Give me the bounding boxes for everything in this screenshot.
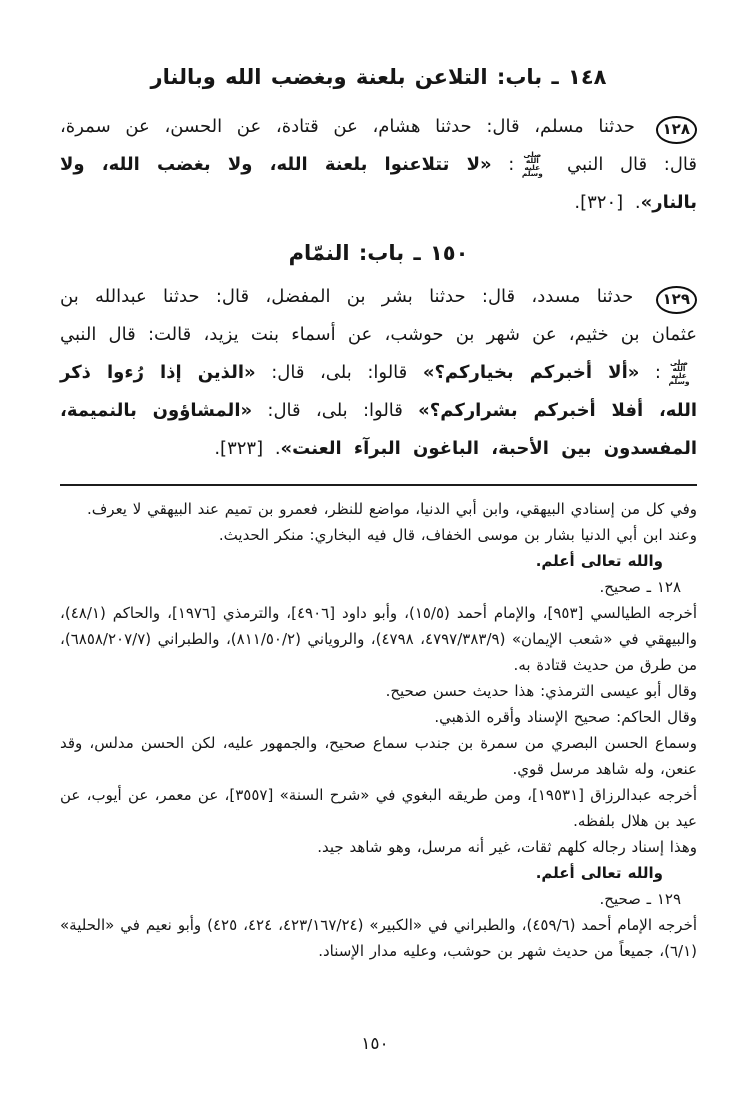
chapter-150-title: ١٥٠ ـ باب: النمّام [60,238,697,268]
prophet-salutation-seal-icon: صلىاللهعليه وسلم [517,152,547,178]
footnote-closing-dua: والله تعالى أعلم. [60,548,697,574]
footnote-grade-128: ١٢٨ ـ صحيح. [60,574,697,600]
footnote-paragraph: أخرجه الطيالسي [٩٥٣]، والإمام أحمد (١٥/٥… [60,600,697,678]
narration-text: قالوا: بلى، قال: [256,362,423,383]
book-page: ١٤٨ ـ باب: التلاعن بلعنة وبغضب الله وبال… [0,0,750,1102]
colon-separator: : [639,362,661,383]
hadith-number-badge: ١٢٩ [656,286,697,314]
hadith-isnad-text: حدثنا مسدد، قال: حدثنا بشر بن المفضل، قا… [60,286,697,345]
footnote-paragraph: وفي كل من إسنادي البيهقي، وابن أبي الدني… [60,496,697,522]
footnote-grade-129: ١٢٩ ـ صحيح. [60,886,697,912]
footnote-paragraph: أخرجه الإمام أحمد (٤٥٩/٦)، والطبراني في … [60,912,697,964]
prophet-salutation-seal-icon: صلىاللهعليه وسلم [664,360,694,386]
hadith-reference: . [٣٢٠]. [574,192,640,213]
footnote-paragraph: وعند ابن أبي الدنيا بشار بن موسى الخفاف،… [60,522,697,548]
narration-text: قالوا: بلى، قال: [252,400,418,421]
hadith-matn-text: «ألا أخبركم بخياركم؟» [423,362,640,383]
footnote-paragraph: وقال أبو عيسى الترمذي: هذا حديث حسن صحيح… [60,678,697,704]
chapter-148-title: ١٤٨ ـ باب: التلاعن بلعنة وبغضب الله وبال… [60,62,697,92]
hadith-128-paragraph: ١٢٨ حدثنا مسلم، قال: حدثنا هشام، عن قتاد… [60,108,697,222]
footnote-closing-dua: والله تعالى أعلم. [60,860,697,886]
footnote-separator [60,484,697,486]
colon-separator: : [492,154,515,175]
hadith-129-paragraph: ١٢٩ حدثنا مسدد، قال: حدثنا بشر بن المفضل… [60,278,697,468]
footnote-paragraph: وقال الحاكم: صحيح الإسناد وأقره الذهبي. [60,704,697,730]
footnotes-block: وفي كل من إسنادي البيهقي، وابن أبي الدني… [60,496,697,964]
footnote-paragraph: أخرجه عبدالرزاق [١٩٥٣١]، ومن طريقه البغو… [60,782,697,834]
salutation-line: عليه وسلم [517,165,547,178]
footnote-paragraph: وهذا إسناد رجاله كلهم ثقات، غير أنه مرسل… [60,834,697,860]
footnote-paragraph: وسماع الحسن البصري من سمرة بن جندب سماع … [60,730,697,782]
hadith-number-badge: ١٢٨ [656,116,697,144]
hadith-reference: . [٣٢٣]. [214,438,280,459]
salutation-line: عليه وسلم [664,373,694,386]
page-number: ١٥٠ [0,1034,750,1054]
